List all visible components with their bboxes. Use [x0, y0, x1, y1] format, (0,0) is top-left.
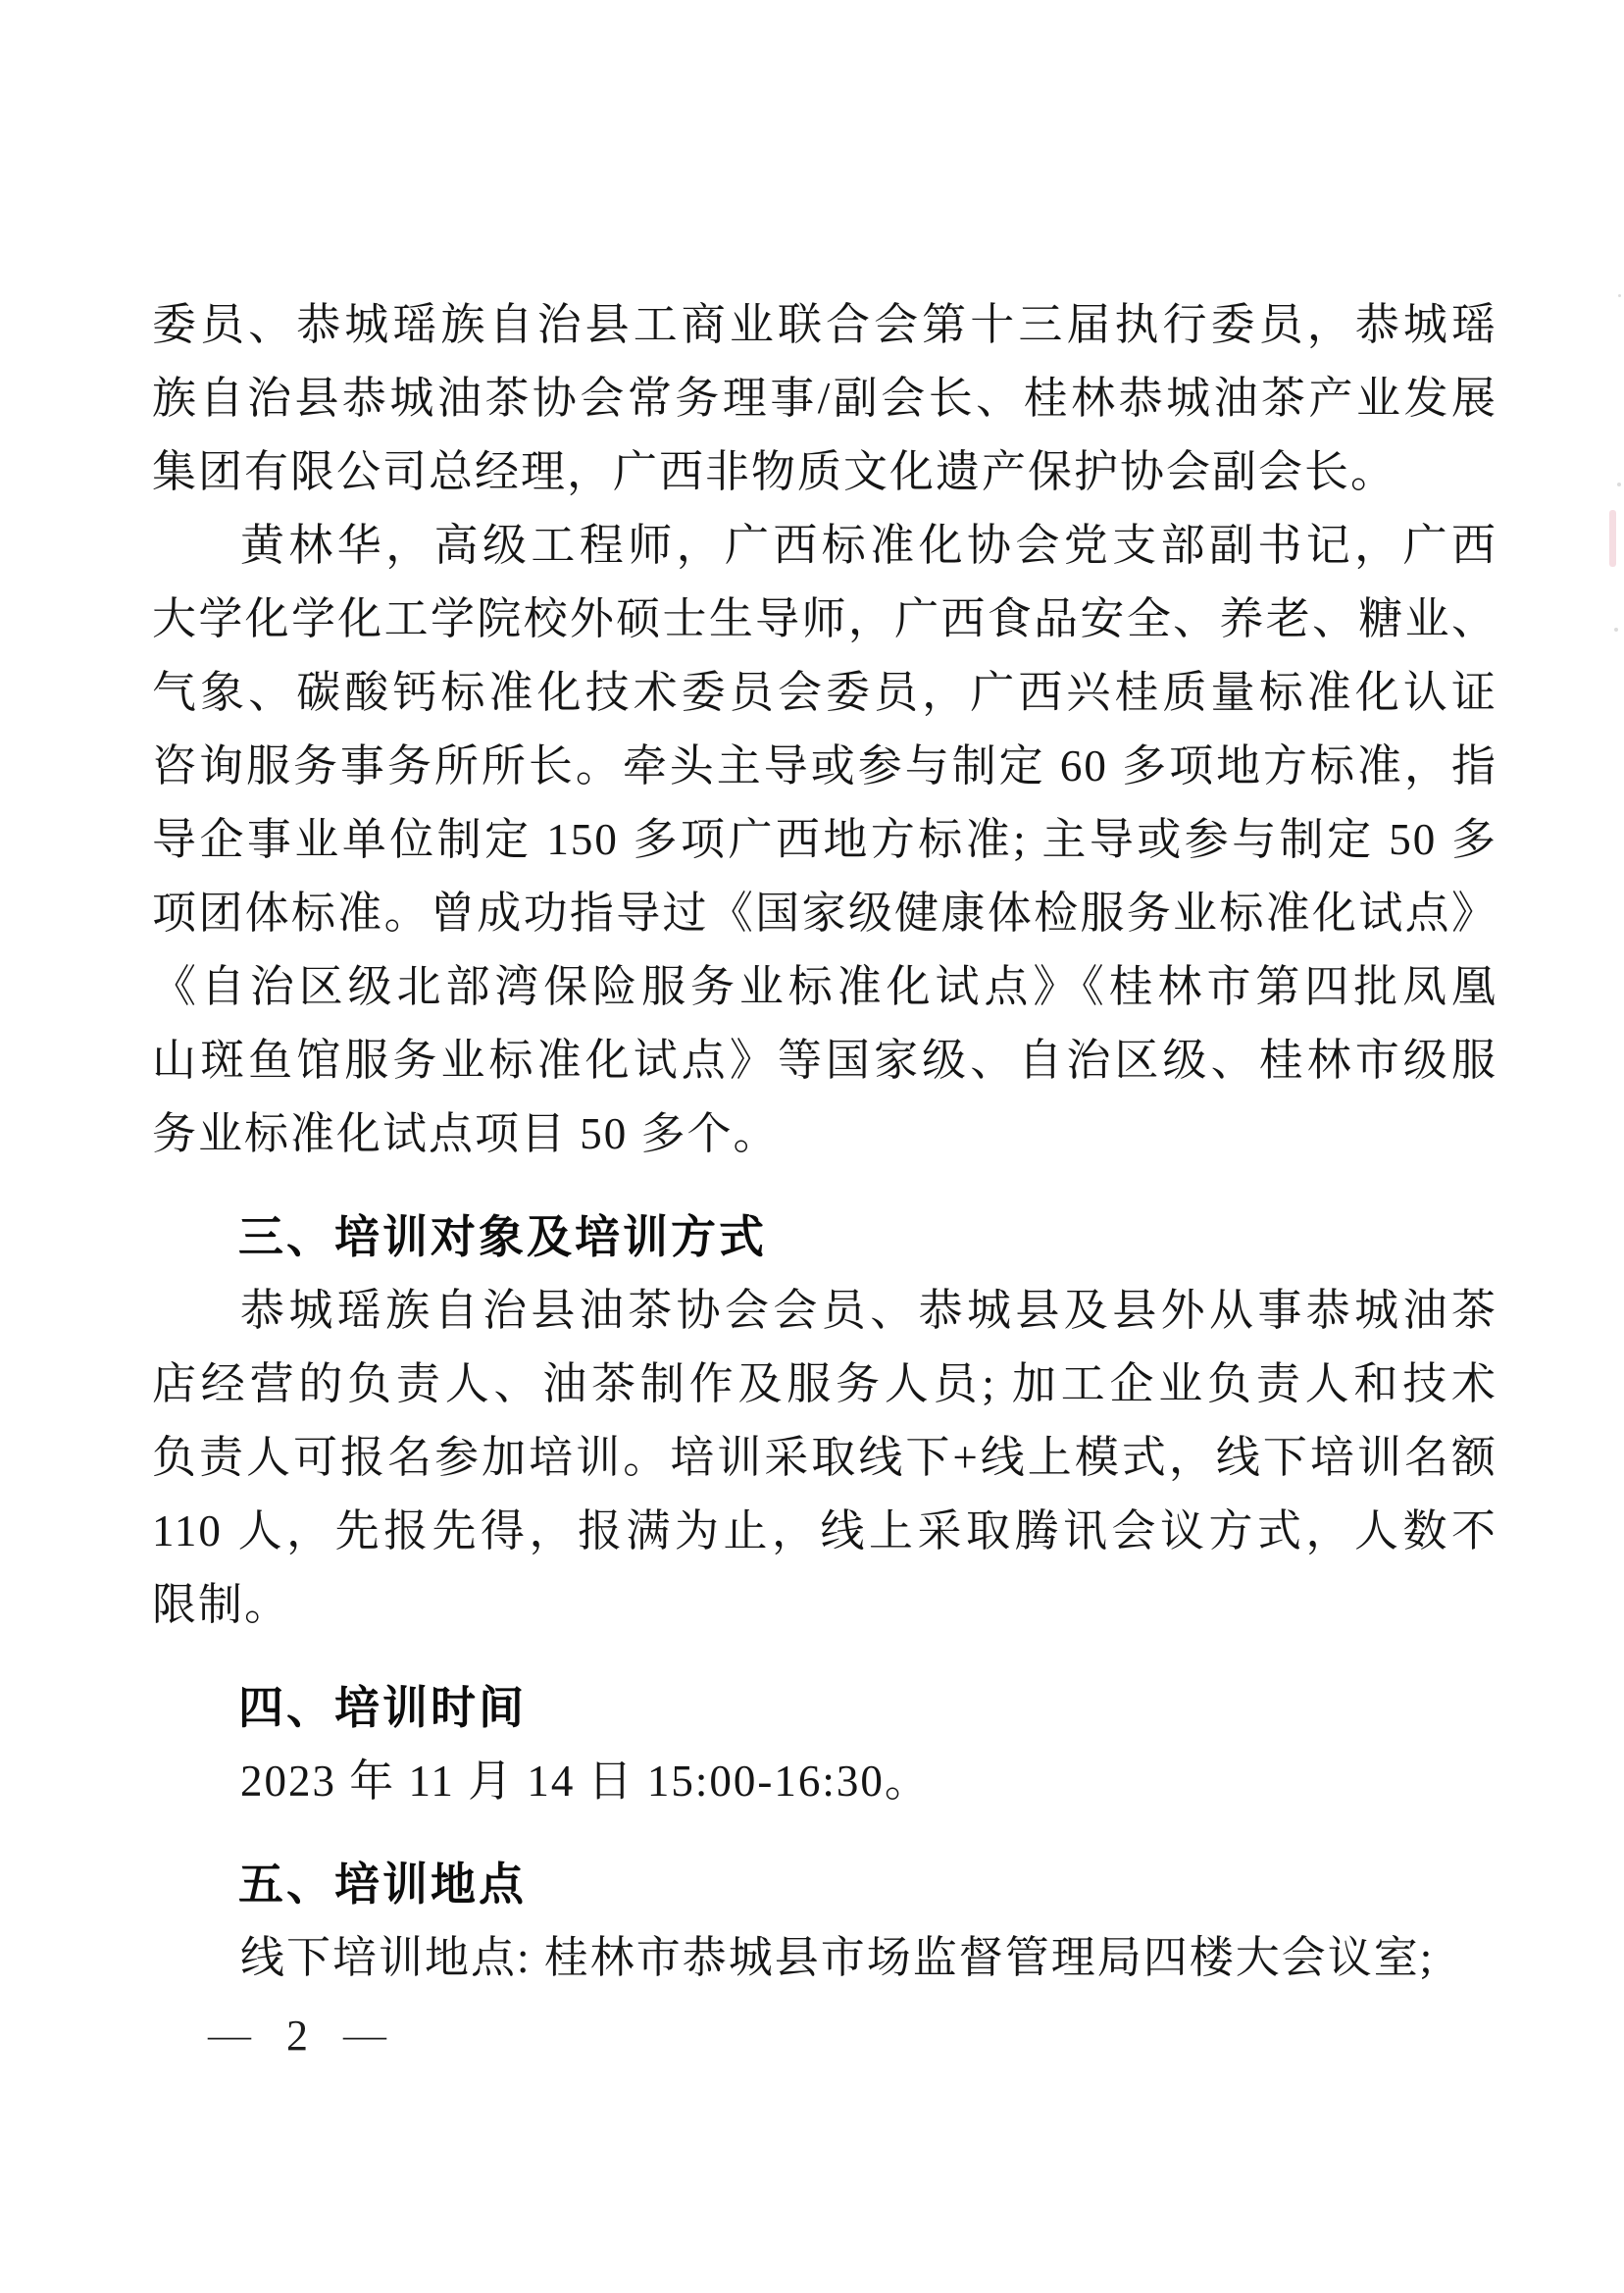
section-heading: 五、培训地点	[152, 1848, 1497, 1921]
paragraph-line: 2023 年 11 月 14 日 15:00-16:30。	[152, 1745, 1497, 1818]
section-heading: 四、培训时间	[152, 1671, 1497, 1745]
scan-speck	[1614, 628, 1618, 632]
paragraph-line: 线下培训地点: 桂林市恭城县市场监督管理局四楼大会议室;	[152, 1921, 1497, 1995]
paragraph-line: 黄林华，高级工程师，广西标准化协会党支部副书记，广西	[152, 509, 1497, 583]
paragraph-line: 负责人可报名参加培训。培训采取线下+线上模式，线下培训名额	[152, 1421, 1497, 1495]
paragraph-line: 导企事业单位制定 150 多项广西地方标准; 主导或参与制定 50 多	[152, 803, 1497, 877]
scan-speck	[1617, 483, 1621, 486]
paragraph-line: 限制。	[152, 1568, 1497, 1642]
scan-smudge-pink	[1609, 510, 1616, 567]
paragraph-line: 恭城瑶族自治县油茶协会会员、恭城县及县外从事恭城油茶	[152, 1274, 1497, 1348]
section-heading: 三、培训对象及培训方式	[152, 1200, 1497, 1274]
paragraph-line: 族自治县恭城油茶协会常务理事/副会长、桂林恭城油茶产业发展	[152, 362, 1497, 435]
scan-speck	[1618, 294, 1621, 297]
paragraph: 委员、恭城瑶族自治县工商业联合会第十三届执行委员，恭城瑶族自治县恭城油茶协会常务…	[152, 288, 1497, 509]
paragraph-line: 集团有限公司总经理，广西非物质文化遗产保护协会副会长。	[152, 435, 1497, 509]
paragraph: 恭城瑶族自治县油茶协会会员、恭城县及县外从事恭城油茶店经营的负责人、油茶制作及服…	[152, 1274, 1497, 1642]
paragraph-line: 店经营的负责人、油茶制作及服务人员; 加工企业负责人和技术	[152, 1348, 1497, 1421]
paragraph-line: 110 人，先报先得，报满为止，线上采取腾讯会议方式，人数不	[152, 1495, 1497, 1568]
paragraph-line: 务业标准化试点项目 50 多个。	[152, 1097, 1497, 1171]
paragraph-line: 山斑鱼馆服务业标准化试点》等国家级、自治区级、桂林市级服	[152, 1024, 1497, 1097]
paragraph-line: 气象、碳酸钙标准化技术委员会委员，广西兴桂质量标准化认证	[152, 656, 1497, 730]
paragraph-line: 咨询服务事务所所长。牵头主导或参与制定 60 多项地方标准，指	[152, 730, 1497, 803]
paragraph-line: 大学化学化工学院校外硕士生导师，广西食品安全、养老、糖业、	[152, 583, 1497, 656]
paragraph: 线下培训地点: 桂林市恭城县市场监督管理局四楼大会议室;	[152, 1921, 1497, 1995]
footer-dash-right: —	[343, 2015, 386, 2056]
document-body: 委员、恭城瑶族自治县工商业联合会第十三届执行委员，恭城瑶族自治县恭城油茶协会常务…	[152, 288, 1497, 1995]
paragraph-line: 《自治区级北部湾保险服务业标准化试点》《桂林市第四批凤凰	[152, 950, 1497, 1024]
paragraph: 2023 年 11 月 14 日 15:00-16:30。	[152, 1745, 1497, 1818]
footer-dash-left: —	[208, 2015, 251, 2056]
page-number: 2	[286, 2011, 308, 2061]
page-footer: — 2 —	[208, 2011, 386, 2061]
paragraph-line: 委员、恭城瑶族自治县工商业联合会第十三届执行委员，恭城瑶	[152, 288, 1497, 362]
document-page: 委员、恭城瑶族自治县工商业联合会第十三届执行委员，恭城瑶族自治县恭城油茶协会常务…	[0, 0, 1624, 2293]
paragraph: 黄林华，高级工程师，广西标准化协会党支部副书记，广西大学化学化工学院校外硕士生导…	[152, 509, 1497, 1171]
paragraph-line: 项团体标准。曾成功指导过《国家级健康体检服务业标准化试点》	[152, 877, 1497, 950]
